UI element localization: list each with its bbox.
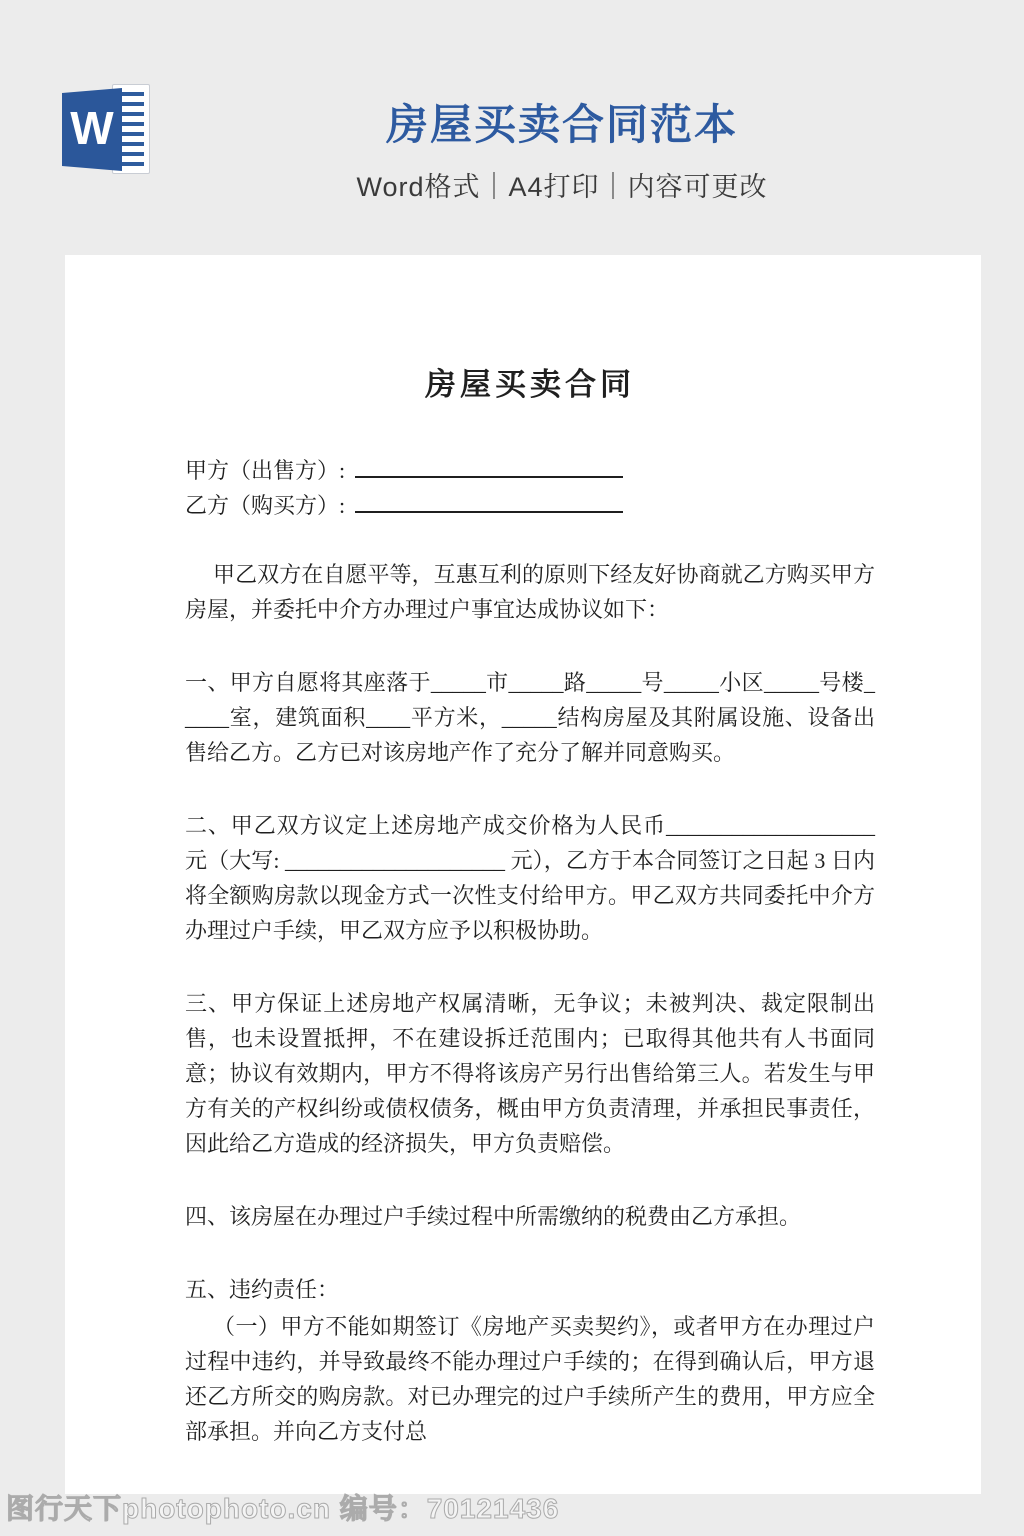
seller-name-blank-underline [355, 458, 623, 478]
header-text-block: 房屋买卖合同范本 Word格式｜A4打印｜内容可更改 [100, 92, 1024, 204]
party-block: 甲方（出售方）: 乙方（购买方）: [185, 453, 875, 523]
paragraph-preamble: 甲乙双方在自愿平等，互惠互利的原则下经友好协商就乙方购买甲方房屋，并委托中介方办… [185, 557, 875, 627]
contract-title: 房屋买卖合同 [185, 367, 875, 403]
party-seller-label: 甲方（出售方）: [185, 458, 345, 483]
buyer-name-blank-underline [355, 493, 623, 513]
paragraph-clause-3: 三、甲方保证上述房地产权属清晰，无争议；未被判决、裁定限制出售，也未设置抵押，不… [185, 986, 875, 1161]
paragraph-clause-2: 二、甲乙双方议定上述房地产成交价格为人民币___________________… [185, 808, 875, 948]
watermark-text: 图行天下photophoto.cn 编号：70121436 [6, 1493, 559, 1524]
template-title: 房屋买卖合同范本 [100, 92, 1024, 152]
document-page: 房屋买卖合同 甲方（出售方）: 乙方（购买方）: 甲乙双方在自愿平等，互惠互利的… [65, 255, 981, 1494]
watermark: 图行天下photophoto.cn 编号：70121436 [6, 1487, 559, 1527]
party-line-buyer: 乙方（购买方）: [185, 488, 875, 523]
paragraph-clause-1: 一、甲方自愿将其座落于_____市_____路_____号_____小区____… [185, 665, 875, 770]
party-buyer-label: 乙方（购买方）: [185, 493, 345, 518]
paragraph-clause-5-heading: 五、违约责任： [185, 1272, 875, 1307]
paragraph-clause-5-item-1: （一）甲方不能如期签订《房地产买卖契约》，或者甲方在办理过户过程中违约，并导致最… [185, 1309, 875, 1449]
document-content: 房屋买卖合同 甲方（出售方）: 乙方（购买方）: 甲乙双方在自愿平等，互惠互利的… [65, 255, 981, 1449]
paragraph-clause-4: 四、该房屋在办理过户手续过程中所需缴纳的税费由乙方承担。 [185, 1199, 875, 1234]
template-subtitle: Word格式｜A4打印｜内容可更改 [100, 165, 1024, 204]
party-line-seller: 甲方（出售方）: [185, 453, 875, 488]
